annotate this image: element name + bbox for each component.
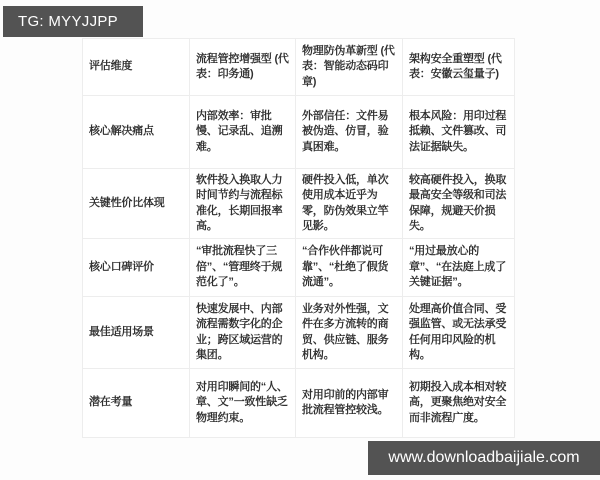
telegram-watermark-bar: TG: MYYJJPP bbox=[3, 6, 143, 37]
table-cell: 根本风险：用印过程抵赖、文件篡改、司法证据缺失。 bbox=[403, 96, 514, 168]
website-watermark-bar: www.downloadbaijiale.com bbox=[368, 441, 600, 475]
table-cell: 处理高价值合同、受强监管、或无法承受任何用印风险的机构。 bbox=[403, 297, 514, 368]
row-label-reputation: 核心口碑评价 bbox=[83, 239, 189, 296]
table-cell: 对用印前的内部审批流程管控较浅。 bbox=[296, 369, 402, 437]
table-cell: 较高硬件投入，换取最高安全等级和司法保障，规避天价损失。 bbox=[403, 169, 514, 238]
table-cell: 软件投入换取人力时间节约与流程标准化，长期回报率高。 bbox=[190, 169, 295, 238]
table-cell: 初期投入成本相对较高，更聚焦绝对安全而非流程广度。 bbox=[403, 369, 514, 437]
seal-solution-comparison-table: 评估维度 流程管控增强型 (代表：印务通) 物理防伪革新型 (代表：智能动态码印… bbox=[82, 38, 515, 438]
table-cell: 内部效率：审批慢、记录乱、追溯难。 bbox=[190, 96, 295, 168]
row-label-best-scenarios: 最佳适用场景 bbox=[83, 297, 189, 368]
table-cell: 外部信任：文件易被伪造、仿冒，验真困难。 bbox=[296, 96, 402, 168]
table-cell: “合作伙伴都说可靠”、“杜绝了假货流通”。 bbox=[296, 239, 402, 296]
website-url: www.downloadbaijiale.com bbox=[388, 449, 579, 467]
row-label-pain-points: 核心解决痛点 bbox=[83, 96, 189, 168]
table-cell: “审批流程快了三倍”、“管理终于规范化了”。 bbox=[190, 239, 295, 296]
column-header-physical-anticounterfeit-type: 物理防伪革新型 (代表：智能动态码印章) bbox=[296, 39, 402, 95]
table-cell: 业务对外性强，文件在多方流转的商贸、供应链、服务机构。 bbox=[296, 297, 402, 368]
table-cell: 快速发展中、内部流程需数字化的企业；跨区域运营的集团。 bbox=[190, 297, 295, 368]
row-label-cost-performance: 关键性价比体现 bbox=[83, 169, 189, 238]
table-cell: 硬件投入低，单次使用成本近乎为零，防伪效果立竿见影。 bbox=[296, 169, 402, 238]
row-label-considerations: 潜在考量 bbox=[83, 369, 189, 437]
column-header-dimension: 评估维度 bbox=[83, 39, 189, 95]
telegram-handle: TG: MYYJJPP bbox=[18, 13, 118, 30]
table-cell: “用过最放心的章”、“在法庭上成了关键证据”。 bbox=[403, 239, 514, 296]
column-header-process-control-type: 流程管控增强型 (代表：印务通) bbox=[190, 39, 295, 95]
table-cell: 对用印瞬间的“人、章、文”一致性缺乏物理约束。 bbox=[190, 369, 295, 437]
column-header-architecture-security-type: 架构安全重塑型 (代表：安徽云玺量子) bbox=[403, 39, 514, 95]
